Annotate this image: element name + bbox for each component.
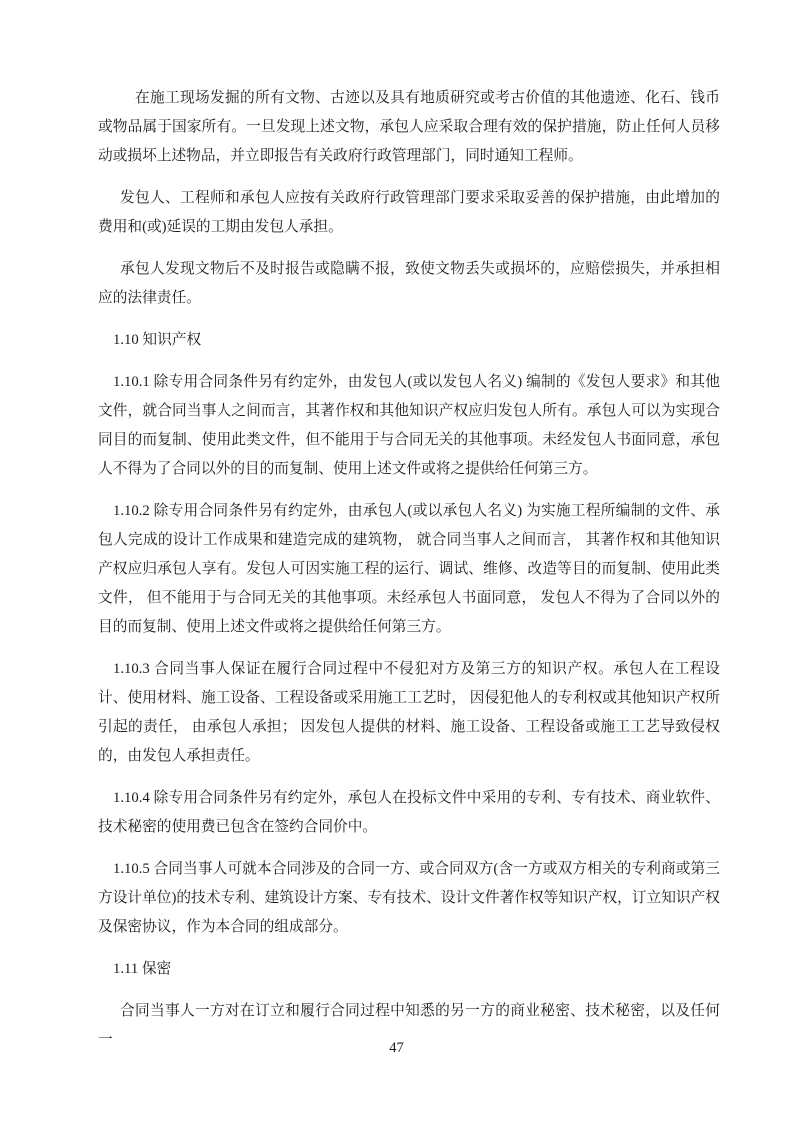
paragraph-1-10-5: 1.10.5 合同当事人可就本合同涉及的合同一方、或合同双方(含一方或双方相关的… <box>98 855 720 942</box>
paragraph-protection-measures: 发包人、工程师和承包人应按有关政府行政管理部门要求采取妥善的保护措施，由此增加的… <box>98 184 720 242</box>
paragraph-relics-liability: 承包人发现文物后不及时报告或隐瞒不报，致使文物丢失或损坏的，应赔偿损失，并承担相… <box>98 255 720 313</box>
section-heading-1-11: 1.11 保密 <box>98 955 720 984</box>
paragraph-1-10-1: 1.10.1 除专用合同条件另有约定外，由发包人(或以发包人名义) 编制的《发包… <box>98 368 720 484</box>
page-number: 47 <box>0 1038 793 1058</box>
document-body: 在施工现场发掘的所有文物、古迹以及具有地质研究或考古价值的其他遗迹、化石、钱币或… <box>98 84 720 1055</box>
paragraph-cultural-relics: 在施工现场发掘的所有文物、古迹以及具有地质研究或考古价值的其他遗迹、化石、钱币或… <box>98 84 720 171</box>
document-page: 在施工现场发掘的所有文物、古迹以及具有地质研究或考古价值的其他遗迹、化石、钱币或… <box>0 0 793 1122</box>
paragraph-1-10-4: 1.10.4 除专用合同条件另有约定外，承包人在投标文件中采用的专利、专有技术、… <box>98 784 720 842</box>
paragraph-1-10-3: 1.10.3 合同当事人保证在履行合同过程中不侵犯对方及第三方的知识产权。承包人… <box>98 655 720 771</box>
paragraph-1-10-2: 1.10.2 除专用合同条件另有约定外，由承包人(或以承包人名义) 为实施工程所… <box>98 497 720 642</box>
section-heading-1-10: 1.10 知识产权 <box>98 326 720 355</box>
